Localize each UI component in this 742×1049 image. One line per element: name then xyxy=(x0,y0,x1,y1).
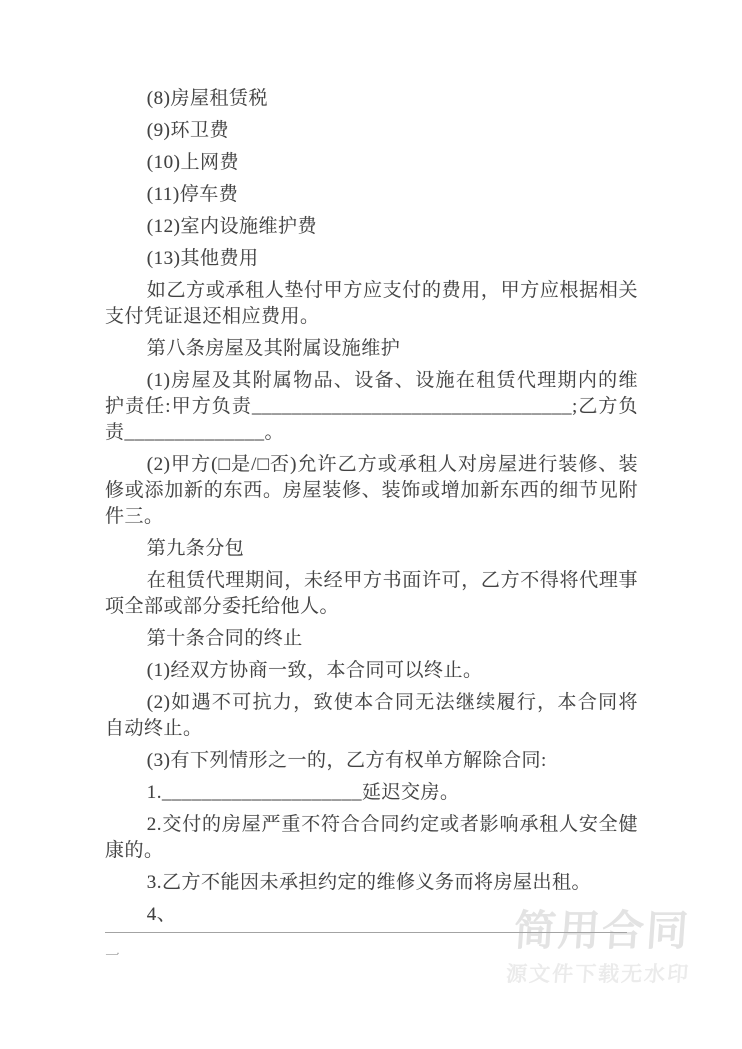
watermark-subtitle-text: 源文件下载无水印 xyxy=(505,962,691,988)
fee-item-12: (12)室内设施维护费 xyxy=(105,214,638,240)
fee-item-11: (11)停车费 xyxy=(105,182,638,208)
section-heading-article-9: 第九条分包 xyxy=(105,536,638,562)
termination-condition-4: 4、 xyxy=(105,902,638,928)
section-heading-article-8: 第八条房屋及其附属设施维护 xyxy=(105,336,638,362)
termination-condition-3: 3.乙方不能因未承担约定的维修义务而将房屋出租。 xyxy=(105,870,638,896)
termination-condition-1: 1.____________________延迟交房。 xyxy=(105,780,638,806)
fee-item-9: (9)环卫费 xyxy=(105,118,638,144)
subcontracting-clause: 在租赁代理期间，未经甲方书面许可，乙方不得将代理事项全部或部分委托给他人。 xyxy=(105,568,638,620)
section-heading-article-10: 第十条合同的终止 xyxy=(105,626,638,652)
footnote-mark: —· xyxy=(106,946,118,961)
contract-body: (8)房屋租赁税 (9)环卫费 (10)上网费 (11)停车费 (12)室内设施… xyxy=(105,86,638,934)
termination-clause-2: (2)如遇不可抗力，致使本合同无法继续履行，本合同将自动终止。 xyxy=(105,690,638,742)
reimbursement-clause: 如乙方或承租人垫付甲方应支付的费用，甲方应根据相关支付凭证退还相应费用。 xyxy=(105,278,638,330)
fee-item-10: (10)上网费 xyxy=(105,150,638,176)
termination-clause-1: (1)经双方协商一致，本合同可以终止。 xyxy=(105,658,638,684)
contract-page: (8)房屋租赁税 (9)环卫费 (10)上网费 (11)停车费 (12)室内设施… xyxy=(0,0,742,1049)
fee-item-8: (8)房屋租赁税 xyxy=(105,86,638,112)
footer-divider xyxy=(105,932,627,933)
renovation-permission-clause: (2)甲方(□是/□否)允许乙方或承租人对房屋进行装修、装修或添加新的东西。房屋… xyxy=(105,452,638,530)
fee-item-13: (13)其他费用 xyxy=(105,246,638,272)
maintenance-responsibility-clause: (1)房屋及其附属物品、设备、设施在租赁代理期内的维护责任:甲方负责______… xyxy=(105,368,638,446)
termination-condition-2: 2.交付的房屋严重不符合合同约定或者影响承租人安全健康的。 xyxy=(105,812,638,864)
termination-clause-3: (3)有下列情形之一的，乙方有权单方解除合同: xyxy=(105,748,638,774)
